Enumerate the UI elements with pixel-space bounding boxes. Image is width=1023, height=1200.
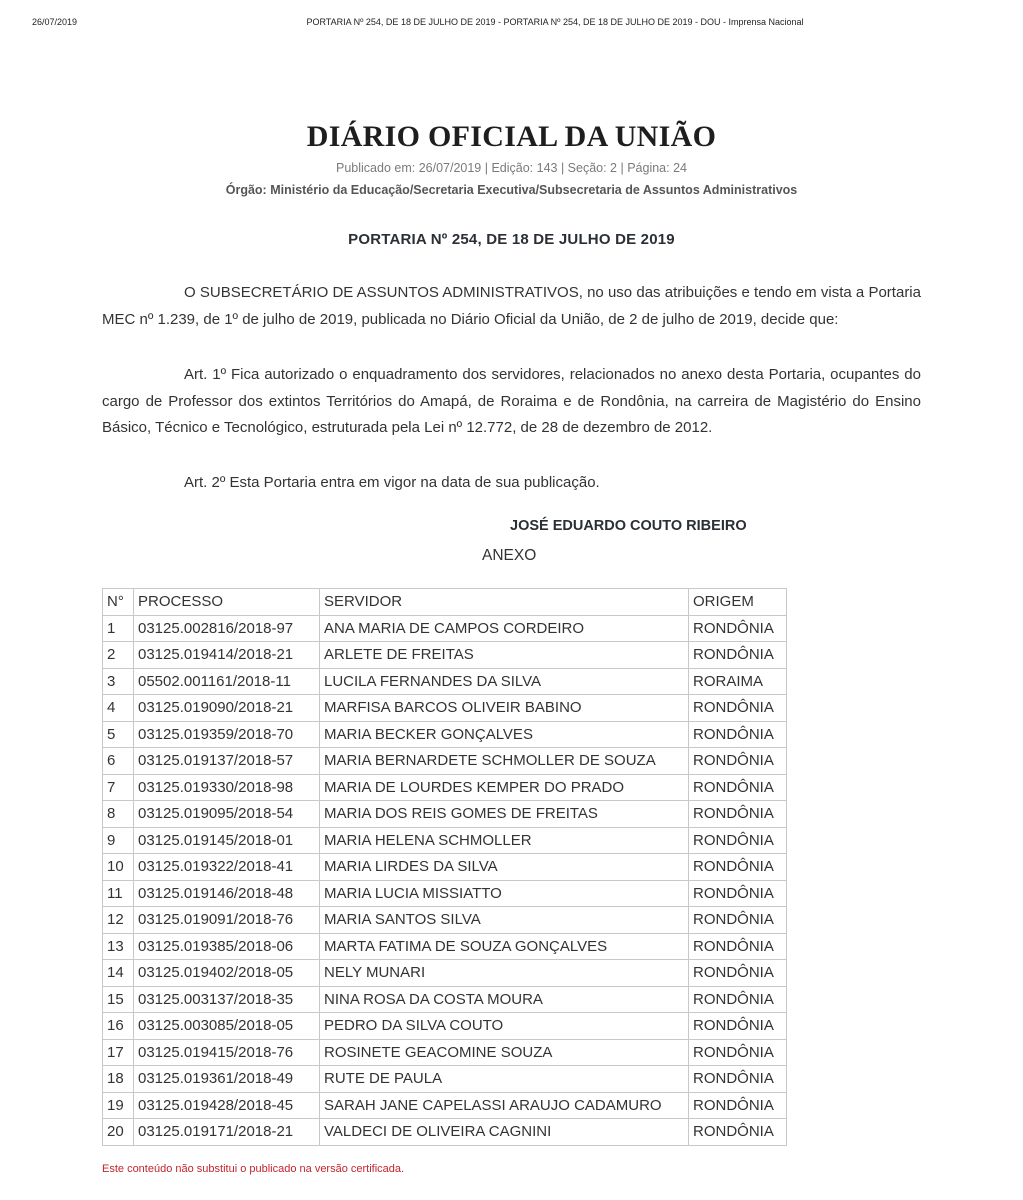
table-header-row: N° PROCESSO SERVIDOR ORIGEM (103, 589, 787, 616)
cell-processo: 03125.019095/2018-54 (134, 801, 320, 828)
preamble-paragraph: O SUBSECRETÁRIO DE ASSUNTOS ADMINISTRATI… (102, 280, 921, 333)
cell-origem: RONDÔNIA (689, 960, 787, 987)
cell-origem: RONDÔNIA (689, 801, 787, 828)
cell-servidor: ARLETE DE FREITAS (320, 642, 689, 669)
table-row: 803125.019095/2018-54MARIA DOS REIS GOME… (103, 801, 787, 828)
cell-number: 12 (103, 907, 134, 934)
cell-processo: 03125.019385/2018-06 (134, 933, 320, 960)
cell-number: 6 (103, 748, 134, 775)
cell-processo: 03125.019145/2018-01 (134, 827, 320, 854)
cell-servidor: MARIA DE LOURDES KEMPER DO PRADO (320, 774, 689, 801)
cell-servidor: PEDRO DA SILVA COUTO (320, 1013, 689, 1040)
cell-servidor: RUTE DE PAULA (320, 1066, 689, 1093)
cell-processo: 03125.019171/2018-21 (134, 1119, 320, 1146)
cell-servidor: MARIA LIRDES DA SILVA (320, 854, 689, 881)
masthead: DIÁRIO OFICIAL DA UNIÃO (0, 120, 1023, 154)
cell-origem: RONDÔNIA (689, 774, 787, 801)
table-row: 1103125.019146/2018-48MARIA LUCIA MISSIA… (103, 880, 787, 907)
signer-name: JOSÉ EDUARDO COUTO RIBEIRO (510, 518, 747, 534)
table-row: 903125.019145/2018-01MARIA HELENA SCHMOL… (103, 827, 787, 854)
cell-number: 5 (103, 721, 134, 748)
cell-origem: RONDÔNIA (689, 1092, 787, 1119)
header-servidor: SERVIDOR (320, 589, 689, 616)
portaria-title: PORTARIA Nº 254, DE 18 DE JULHO DE 2019 (0, 231, 1023, 248)
cell-number: 1 (103, 615, 134, 642)
cell-processo: 03125.019414/2018-21 (134, 642, 320, 669)
table-row: 503125.019359/2018-70MARIA BECKER GONÇAL… (103, 721, 787, 748)
table-row: 305502.001161/2018-11LUCILA FERNANDES DA… (103, 668, 787, 695)
cell-servidor: MARTA FATIMA DE SOUZA GONÇALVES (320, 933, 689, 960)
cell-origem: RORAIMA (689, 668, 787, 695)
table-row: 403125.019090/2018-21MARFISA BARCOS OLIV… (103, 695, 787, 722)
cell-servidor: MARIA SANTOS SILVA (320, 907, 689, 934)
cell-origem: RONDÔNIA (689, 880, 787, 907)
cell-servidor: MARIA LUCIA MISSIATTO (320, 880, 689, 907)
cell-processo: 03125.019415/2018-76 (134, 1039, 320, 1066)
cell-origem: RONDÔNIA (689, 1119, 787, 1146)
table-row: 1403125.019402/2018-05NELY MUNARIRONDÔNI… (103, 960, 787, 987)
print-page-title: PORTARIA Nº 254, DE 18 DE JULHO DE 2019 … (0, 17, 1023, 27)
publication-info: Publicado em: 26/07/2019 | Edição: 143 |… (0, 161, 1023, 175)
cell-number: 4 (103, 695, 134, 722)
cell-number: 2 (103, 642, 134, 669)
table-row: 603125.019137/2018-57MARIA BERNARDETE SC… (103, 748, 787, 775)
table-row: 203125.019414/2018-21ARLETE DE FREITASRO… (103, 642, 787, 669)
cell-servidor: MARIA DOS REIS GOMES DE FREITAS (320, 801, 689, 828)
cell-processo: 03125.002816/2018-97 (134, 615, 320, 642)
cell-servidor: MARFISA BARCOS OLIVEIR BABINO (320, 695, 689, 722)
cell-number: 14 (103, 960, 134, 987)
article-1-paragraph: Art. 1º Fica autorizado o enquadramento … (102, 362, 921, 442)
cell-servidor: MARIA BERNARDETE SCHMOLLER DE SOUZA (320, 748, 689, 775)
cell-processo: 03125.019359/2018-70 (134, 721, 320, 748)
cell-number: 17 (103, 1039, 134, 1066)
cell-origem: RONDÔNIA (689, 1066, 787, 1093)
cell-processo: 03125.019090/2018-21 (134, 695, 320, 722)
cell-servidor: MARIA BECKER GONÇALVES (320, 721, 689, 748)
cell-processo: 03125.019428/2018-45 (134, 1092, 320, 1119)
cell-number: 16 (103, 1013, 134, 1040)
cell-servidor: NINA ROSA DA COSTA MOURA (320, 986, 689, 1013)
table-row: 1603125.003085/2018-05PEDRO DA SILVA COU… (103, 1013, 787, 1040)
cell-origem: RONDÔNIA (689, 1013, 787, 1040)
cell-origem: RONDÔNIA (689, 907, 787, 934)
annex-table: N° PROCESSO SERVIDOR ORIGEM 103125.00281… (102, 588, 787, 1146)
table-row: 103125.002816/2018-97ANA MARIA DE CAMPOS… (103, 615, 787, 642)
cell-processo: 03125.019330/2018-98 (134, 774, 320, 801)
cell-processo: 03125.019137/2018-57 (134, 748, 320, 775)
anexo-label: ANEXO (482, 547, 536, 565)
cell-servidor: SARAH JANE CAPELASSI ARAUJO CADAMURO (320, 1092, 689, 1119)
table-row: 1503125.003137/2018-35NINA ROSA DA COSTA… (103, 986, 787, 1013)
cell-origem: RONDÔNIA (689, 1039, 787, 1066)
table-row: 1703125.019415/2018-76ROSINETE GEACOMINE… (103, 1039, 787, 1066)
cell-number: 18 (103, 1066, 134, 1093)
cell-number: 13 (103, 933, 134, 960)
cell-number: 7 (103, 774, 134, 801)
cell-processo: 03125.003085/2018-05 (134, 1013, 320, 1040)
table-row: 1003125.019322/2018-41MARIA LIRDES DA SI… (103, 854, 787, 881)
cell-number: 15 (103, 986, 134, 1013)
cell-processo: 03125.019322/2018-41 (134, 854, 320, 881)
cell-number: 11 (103, 880, 134, 907)
header-origem: ORIGEM (689, 589, 787, 616)
cell-origem: RONDÔNIA (689, 695, 787, 722)
cell-origem: RONDÔNIA (689, 986, 787, 1013)
article-2-paragraph: Art. 2º Esta Portaria entra em vigor na … (102, 470, 921, 497)
cell-processo: 03125.003137/2018-35 (134, 986, 320, 1013)
cell-processo: 03125.019361/2018-49 (134, 1066, 320, 1093)
cell-processo: 05502.001161/2018-11 (134, 668, 320, 695)
cell-servidor: VALDECI DE OLIVEIRA CAGNINI (320, 1119, 689, 1146)
cell-processo: 03125.019146/2018-48 (134, 880, 320, 907)
cell-origem: RONDÔNIA (689, 748, 787, 775)
table-row: 2003125.019171/2018-21VALDECI DE OLIVEIR… (103, 1119, 787, 1146)
cell-servidor: ANA MARIA DE CAMPOS CORDEIRO (320, 615, 689, 642)
cell-origem: RONDÔNIA (689, 827, 787, 854)
table-row: 1903125.019428/2018-45SARAH JANE CAPELAS… (103, 1092, 787, 1119)
cell-number: 8 (103, 801, 134, 828)
cell-origem: RONDÔNIA (689, 721, 787, 748)
orgao: Órgão: Ministério da Educação/Secretaria… (0, 183, 1023, 197)
cell-origem: RONDÔNIA (689, 854, 787, 881)
cell-number: 3 (103, 668, 134, 695)
cell-servidor: ROSINETE GEACOMINE SOUZA (320, 1039, 689, 1066)
cell-origem: RONDÔNIA (689, 933, 787, 960)
table-row: 1303125.019385/2018-06MARTA FATIMA DE SO… (103, 933, 787, 960)
cell-number: 10 (103, 854, 134, 881)
header-number: N° (103, 589, 134, 616)
cell-number: 20 (103, 1119, 134, 1146)
table-row: 1203125.019091/2018-76MARIA SANTOS SILVA… (103, 907, 787, 934)
cell-origem: RONDÔNIA (689, 642, 787, 669)
cell-number: 19 (103, 1092, 134, 1119)
cell-processo: 03125.019091/2018-76 (134, 907, 320, 934)
cell-processo: 03125.019402/2018-05 (134, 960, 320, 987)
cell-servidor: LUCILA FERNANDES DA SILVA (320, 668, 689, 695)
cell-servidor: MARIA HELENA SCHMOLLER (320, 827, 689, 854)
header-processo: PROCESSO (134, 589, 320, 616)
print-header: 26/07/2019 PORTARIA Nº 254, DE 18 DE JUL… (0, 17, 1023, 31)
cell-origem: RONDÔNIA (689, 615, 787, 642)
cell-number: 9 (103, 827, 134, 854)
disclaimer-notice: Este conteúdo não substitui o publicado … (102, 1163, 404, 1175)
cell-servidor: NELY MUNARI (320, 960, 689, 987)
table-row: 703125.019330/2018-98MARIA DE LOURDES KE… (103, 774, 787, 801)
table-row: 1803125.019361/2018-49RUTE DE PAULARONDÔ… (103, 1066, 787, 1093)
